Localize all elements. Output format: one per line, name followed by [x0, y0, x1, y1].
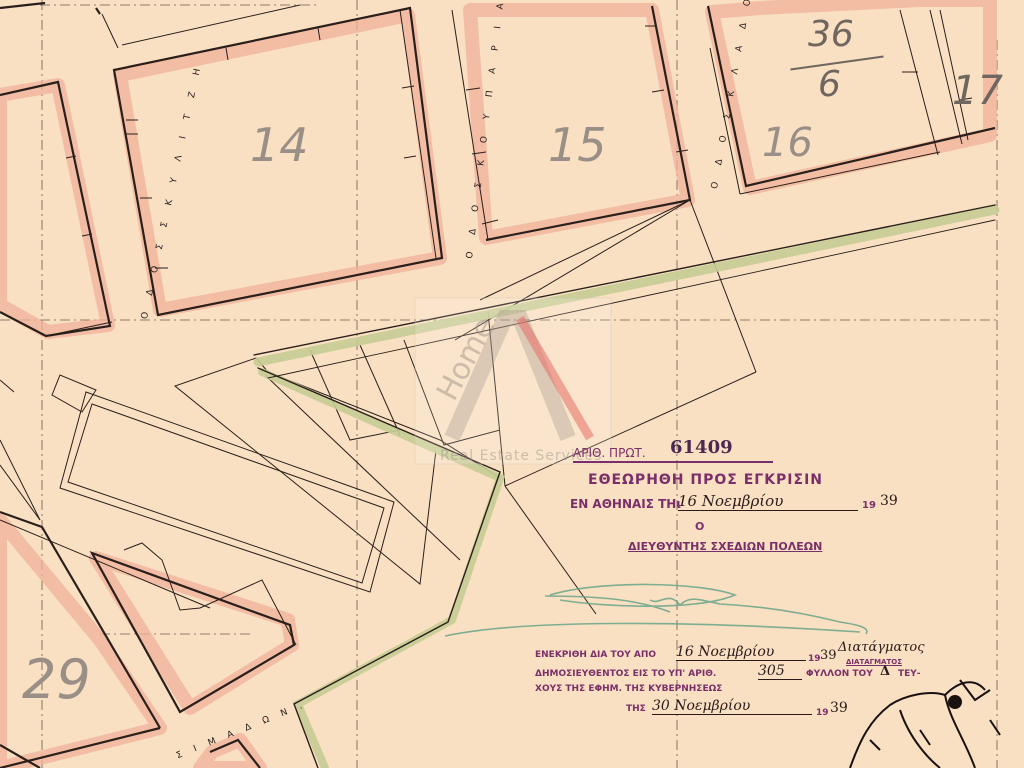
approval-line2-end: ΤΕΥ-: [898, 669, 921, 679]
approval-line1-year: 39: [820, 648, 837, 663]
block-number-15: 15: [548, 118, 607, 172]
review-year-prefix: 19: [862, 500, 876, 511]
approval-line4-label: ΤΗΣ: [626, 704, 646, 714]
review-year: 39: [880, 493, 898, 509]
approval-line4-year: 39: [830, 700, 848, 716]
approval-line1-handwritten: Διατάγματος: [838, 640, 925, 655]
review-heading: ΕΘΕΩΡΗΘΗ ΠΡΟΣ ΕΓΚΡΙΣΙΝ: [588, 472, 823, 488]
approval-line1-date: 16 Νοεμβρίου: [676, 644, 806, 661]
approval-line2-label: ΔΗΜΟΣΙΕΥΘΕΝΤΟΣ ΕΙΣ ΤΟ ΥΠ' ΑΡΙΘ.: [535, 669, 716, 679]
approval-line2-suffix: ΦΥΛΛΟΝ ΤΟΥ: [806, 669, 873, 679]
protocol-number: 61409: [670, 437, 733, 458]
review-authority: ΔΙΕΥΘΥΝΤΗΣ ΣΧΕΔΙΩΝ ΠΟΛΕΩΝ: [628, 540, 822, 553]
approval-line1-label: ΕΝΕΚΡΙΘΗ ΔΙΑ ΤΟΥ ΑΠΟ: [535, 650, 656, 660]
approval-line1-suffix: ΔΙΑΤΑΓΜΑΤΟΣ: [846, 658, 902, 666]
place-label: ΕΝ ΑΘΗΝΑΙΣ ΤΗι: [570, 497, 681, 511]
review-article: Ο: [695, 520, 704, 533]
fraction-numerator: 36: [808, 14, 854, 55]
approval-line2-mark: Δ: [880, 664, 890, 679]
approval-line4-year-prefix: 19: [816, 708, 829, 718]
block-number-14: 14: [250, 118, 309, 172]
protocol-underline: [573, 461, 773, 463]
fraction-denominator: 6: [818, 64, 841, 105]
cadastral-map: Home Real Estate Services Ο Δ Ο Σ Σ Κ Υ …: [0, 0, 1024, 768]
approval-line4-date: 30 Νοεμβρίου: [652, 698, 812, 715]
protocol-label: ΑΡΙΘ. ΠΡΩΤ.: [573, 446, 646, 460]
block-number-16: 16: [762, 120, 813, 166]
review-date: 16 Νοεμβρίου: [678, 492, 858, 511]
block-number-29: 29: [22, 648, 91, 711]
approval-line2-number: 305: [758, 663, 802, 680]
block-number-17: 17: [952, 68, 1003, 114]
approval-line3: ΧΟΥΣ ΤΗΣ ΕΦΗΜ. ΤΗΣ ΚΥΒΕΡΝΗΣΕΩΣ: [535, 684, 722, 694]
approval-line1-year-prefix: 19: [808, 654, 821, 664]
